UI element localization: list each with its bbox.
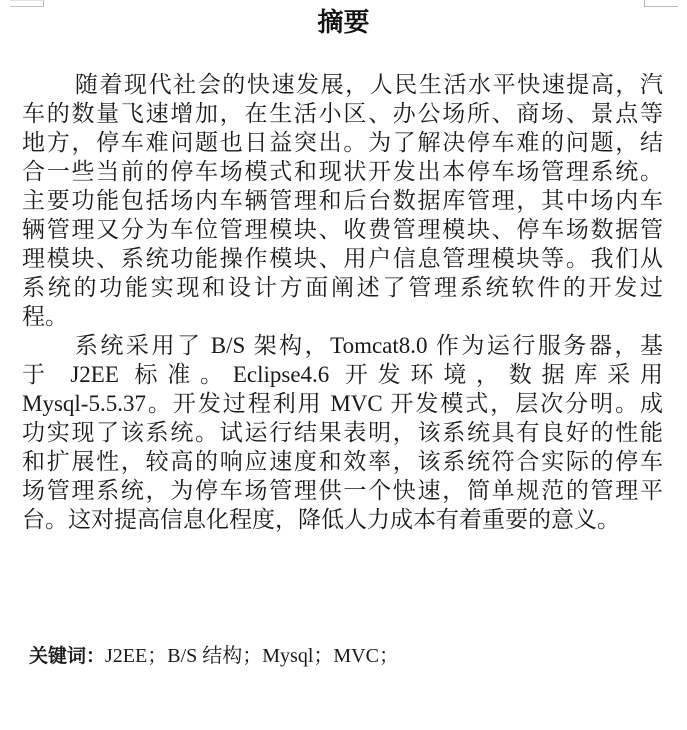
text-line: 地方，停车难问题也日益突出。为了解决停车难的问题，结: [22, 128, 663, 157]
text-line: 随着现代社会的快速发展，人民生活水平快速提高，汽: [22, 70, 663, 99]
text-line: 于 J2EE 标准。Eclipse4.6 开发环境，数据库采用: [22, 360, 663, 389]
text-line: 主要功能包括场内车辆管理和后台数据库管理，其中场内车: [22, 186, 663, 215]
page-title: 摘要: [0, 0, 687, 42]
abstract-paragraph-1: 随着现代社会的快速发展，人民生活水平快速提高，汽 车的数量飞速增加，在生活小区、…: [22, 70, 663, 331]
keywords-text: J2EE；B/S 结构；Mysql；MVC；: [105, 645, 399, 667]
text-line: 和扩展性，较高的响应速度和效率，该系统符合实际的停车: [22, 447, 663, 476]
text-line: 系统的功能实现和设计方面阐述了管理系统软件的开发过: [22, 273, 663, 302]
keywords-line: 关键词：J2EE；B/S 结构；Mysql；MVC；: [22, 643, 663, 669]
text-line: 系统采用了 B/S 架构，Tomcat8.0 作为运行服务器，基: [22, 331, 663, 360]
abstract-paragraph-2: 系统采用了 B/S 架构，Tomcat8.0 作为运行服务器，基 于 J2EE …: [22, 331, 663, 534]
text-line: 合一些当前的停车场模式和现状开发出本停车场管理系统。: [22, 157, 663, 186]
text-line: Mysql-5.5.37。开发过程利用 MVC 开发模式，层次分明。成: [22, 389, 663, 418]
text-line: 场管理系统，为停车场管理供一个快速，简单规范的管理平: [22, 476, 663, 505]
text-line: 理模块、系统功能操作模块、用户信息管理模块等。我们从: [22, 244, 663, 273]
text-line: 台。这对提高信息化程度，降低人力成本有着重要的意义。: [22, 505, 663, 534]
text-line: 功实现了该系统。试运行结果表明，该系统具有良好的性能: [22, 418, 663, 447]
text-line: 车的数量飞速增加，在生活小区、办公场所、商场、景点等: [22, 99, 663, 128]
document-page: 摘要 随着现代社会的快速发展，人民生活水平快速提高，汽 车的数量飞速增加，在生活…: [0, 0, 687, 730]
crop-mark-top-left: [10, 0, 44, 7]
crop-mark-top-right: [644, 0, 678, 7]
text-line: 程。: [22, 302, 663, 331]
abstract-body: 随着现代社会的快速发展，人民生活水平快速提高，汽 车的数量飞速增加，在生活小区、…: [22, 70, 663, 669]
keywords-label: 关键词：: [29, 646, 105, 667]
text-line: 辆管理又分为车位管理模块、收费管理模块、停车场数据管: [22, 215, 663, 244]
